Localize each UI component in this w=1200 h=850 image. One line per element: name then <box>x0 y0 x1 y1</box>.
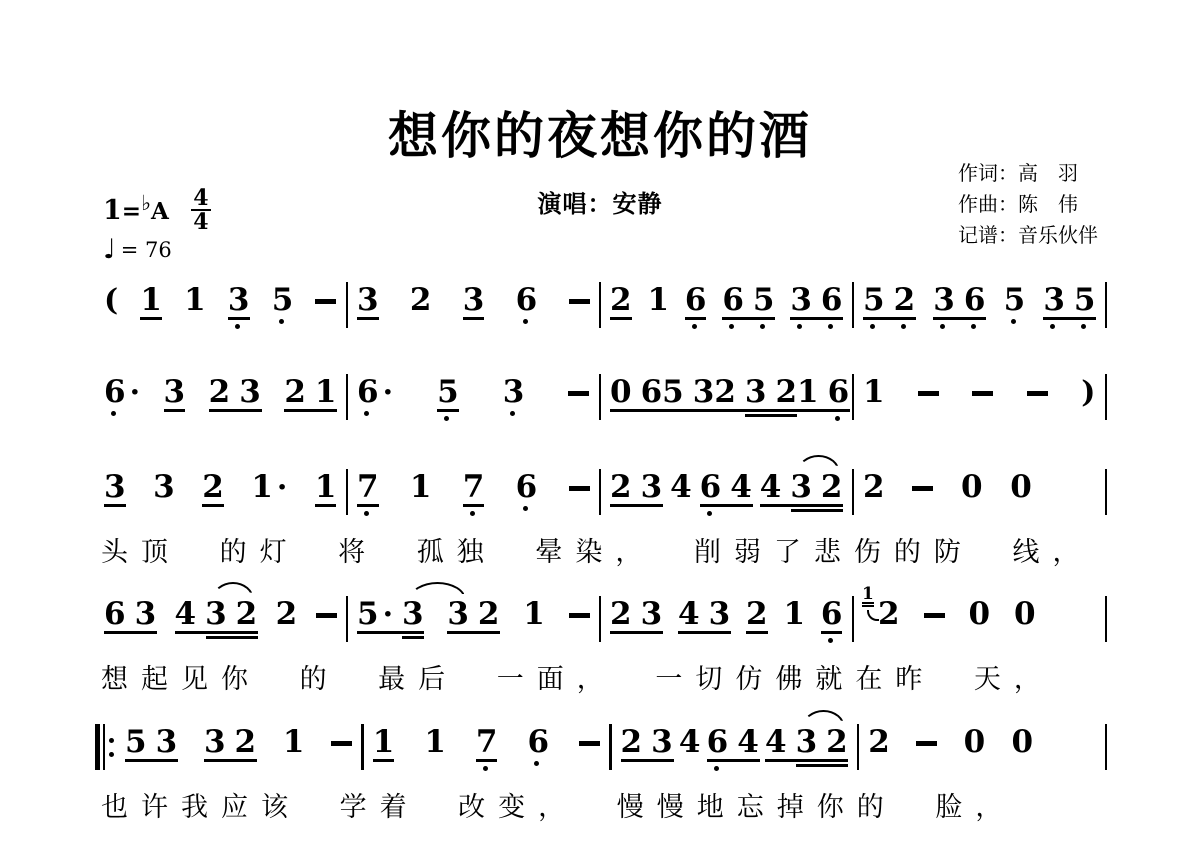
note-number: 6 <box>722 284 744 317</box>
grace-note-number: 1 <box>862 585 877 603</box>
duration-dash <box>972 391 993 396</box>
note: 2 <box>821 471 843 522</box>
beam <box>204 759 257 762</box>
beam <box>164 409 186 412</box>
note-number: 6 <box>700 471 722 504</box>
note: 6 <box>707 726 729 777</box>
note: 5 <box>863 284 885 335</box>
beam <box>621 759 674 762</box>
octave-dot <box>444 416 449 421</box>
note: 2 <box>610 598 632 649</box>
octave-dot <box>828 638 833 643</box>
note-number: 5 <box>863 284 885 317</box>
note: 6 <box>828 376 850 427</box>
beam <box>700 504 753 507</box>
note: 1 <box>863 376 885 427</box>
beam-group: 35 <box>1043 284 1095 335</box>
beam <box>206 636 258 639</box>
beam-group: 432 <box>765 726 848 777</box>
augmentation-dot: · <box>130 376 140 409</box>
spacer <box>1059 598 1095 599</box>
octave-dot <box>835 416 840 421</box>
measure: 5·3321 <box>348 598 599 649</box>
note-number: 3 <box>790 471 812 504</box>
note-number: 3 <box>205 598 227 631</box>
note-number: 4 <box>730 471 752 504</box>
beam-group: 53 <box>125 726 177 777</box>
note: 0 <box>968 598 990 649</box>
note-number: 5 <box>437 376 459 409</box>
note-number: 3 <box>228 284 250 317</box>
octave-dot <box>1081 324 1086 329</box>
note-number: 6 <box>828 376 850 409</box>
duration-dash <box>569 299 590 304</box>
note: 3 <box>228 284 250 335</box>
notes-row: 53321117623464432200 <box>95 726 1107 778</box>
beam-group: 23 <box>610 471 662 522</box>
note-number: 2 <box>621 726 643 759</box>
note: 3 <box>651 726 673 777</box>
octave-dot <box>364 411 369 416</box>
note: 3 <box>156 726 178 777</box>
duration-dash <box>579 741 600 746</box>
beam-group: 64 <box>707 726 759 777</box>
note-number: 2 <box>284 376 306 409</box>
octave-dot <box>707 511 712 516</box>
octave-dot <box>523 506 528 511</box>
duration-dash <box>1027 391 1048 396</box>
note: 2 <box>202 471 224 522</box>
note-number: 5 <box>1004 284 1026 317</box>
note: 6· <box>104 376 140 427</box>
note-number: 2 <box>235 726 257 759</box>
note-number: 5 <box>125 726 147 759</box>
octave-dot <box>470 511 475 516</box>
note-number: 1 <box>315 471 337 504</box>
note: 2 <box>478 598 500 649</box>
beam <box>791 509 843 512</box>
measure: 634322 <box>95 598 346 649</box>
note: 3 <box>933 284 955 335</box>
beam <box>610 504 663 507</box>
notes-row: 6·323216·530653232161) <box>95 376 1107 428</box>
octave-dot <box>279 319 284 324</box>
beam <box>209 409 262 412</box>
duration-dash <box>918 391 939 396</box>
augmentation-dot: · <box>277 471 287 504</box>
note-number: 5 <box>753 284 775 317</box>
note: 5 <box>437 376 459 427</box>
note-number: 1 <box>410 471 432 504</box>
note: 3 <box>357 284 379 335</box>
barline <box>1105 469 1108 515</box>
parenthesis: ) <box>1081 376 1095 409</box>
note-number: 3 <box>447 598 469 631</box>
note: 6 <box>641 376 663 427</box>
barline <box>1105 374 1108 420</box>
note-number: 3 <box>239 376 261 409</box>
note-number: 6 <box>516 284 538 317</box>
barline <box>1105 282 1108 328</box>
note-number: 4 <box>679 726 701 759</box>
spacer <box>1059 726 1095 727</box>
note: 3 <box>204 726 226 777</box>
measure: 2343216 <box>601 598 852 649</box>
beam <box>678 631 731 634</box>
beam <box>373 759 395 762</box>
note: 12 <box>878 598 900 649</box>
measure: 23464432 <box>612 726 857 777</box>
beam <box>125 759 178 762</box>
note-number: 4 <box>737 726 759 759</box>
thin-bar <box>103 724 105 770</box>
beam-group: 36 <box>790 284 842 335</box>
note: 5 <box>125 726 147 777</box>
repeat-dot <box>109 752 114 757</box>
note-number: 6 <box>707 726 729 759</box>
note-number: 1 <box>315 376 337 409</box>
note-number: 2 <box>775 376 797 409</box>
note-number: 5 <box>272 284 294 317</box>
beam <box>610 317 632 320</box>
beam-group: 16 <box>797 376 849 427</box>
note-number: 5 <box>357 598 379 631</box>
note: 3 <box>463 284 485 335</box>
note: 2 <box>276 598 298 649</box>
note-number: 3 <box>402 598 424 631</box>
note-number: 0 <box>1014 598 1036 631</box>
measure: 53321 <box>116 726 361 777</box>
note-number: 2 <box>478 598 500 631</box>
spacer <box>1059 471 1095 472</box>
note-number: 3 <box>204 726 226 759</box>
note: 2 <box>610 284 632 335</box>
score-line: (1135323621665365236535 <box>95 284 1107 336</box>
duration-dash <box>569 486 590 491</box>
note-number: 3 <box>641 471 663 504</box>
note-number: 2 <box>236 598 258 631</box>
octave-dot <box>760 324 765 329</box>
beam <box>357 504 379 507</box>
note: 6 <box>527 726 549 777</box>
duration-dash <box>569 613 590 618</box>
beam-group: 432 <box>175 598 258 649</box>
beam-group: 36 <box>933 284 985 335</box>
note: 3 <box>503 376 525 427</box>
note: 2 <box>894 284 916 335</box>
note-number: 1 <box>863 376 885 409</box>
beam <box>745 414 797 417</box>
augmentation-dot: · <box>383 598 393 631</box>
note: 1 <box>373 726 395 777</box>
lyric-line: 头顶 的灯 将 孤独 晕染， 削弱了悲伤的防 线， <box>95 530 1107 569</box>
measure: 065323216 <box>601 376 852 427</box>
note-number: 1 <box>373 726 395 759</box>
lyric-line: 想起见你 的 最后 一面， 一切仿佛就在昨 天， <box>95 657 1107 696</box>
beam <box>437 409 459 412</box>
beam <box>402 636 424 639</box>
octave-dot <box>901 324 906 329</box>
note: 3 <box>447 598 469 649</box>
note: 0 <box>610 376 632 427</box>
note: 4 <box>679 726 701 777</box>
duration-dash <box>912 486 933 491</box>
measure: 1200 <box>854 598 1105 649</box>
note: 3 <box>796 726 818 777</box>
beam <box>140 317 162 320</box>
note-number: 4 <box>760 471 782 504</box>
duration-dash <box>916 741 937 746</box>
beam <box>463 504 485 507</box>
note-number: 2 <box>610 284 632 317</box>
measure: 23464432 <box>601 471 852 522</box>
beam <box>610 631 663 634</box>
note: 3 <box>239 376 261 427</box>
note: 0 <box>1012 726 1034 777</box>
note: 3 <box>1043 284 1065 335</box>
octave-dot <box>828 324 833 329</box>
note-number: 5 <box>1074 284 1096 317</box>
note-number: 1 <box>424 726 446 759</box>
note-number: 6 <box>685 284 707 317</box>
note-number: 3 <box>933 284 955 317</box>
beam-group: 5·3 <box>357 598 424 649</box>
beam-group: 23 <box>621 726 673 777</box>
note-number: 1 <box>251 471 273 504</box>
note: 3 <box>745 376 767 427</box>
beam-group: 432 <box>760 471 843 522</box>
note: 6 <box>722 284 744 335</box>
duration-dash <box>316 613 337 618</box>
repeat-dot <box>109 738 114 743</box>
note: 1 <box>410 471 432 522</box>
beam <box>662 409 715 412</box>
octave-dot <box>1011 319 1016 324</box>
beam-group: 23 <box>209 376 261 427</box>
note-number: 2 <box>209 376 231 409</box>
beam <box>228 317 250 320</box>
measure: 1) <box>854 376 1105 427</box>
beam <box>863 317 916 320</box>
measure: 3321·1 <box>95 471 346 522</box>
note: 5 <box>753 284 775 335</box>
note: 2 <box>284 376 306 427</box>
note: 1 <box>140 284 162 335</box>
note-number: 3 <box>796 726 818 759</box>
note: 1 <box>523 598 545 649</box>
note-number: 3 <box>651 726 673 759</box>
note-number: 6 <box>357 376 379 409</box>
beam-group: 06 <box>610 376 662 427</box>
note-number: 6 <box>821 284 843 317</box>
octave-dot <box>534 761 539 766</box>
note: 5 <box>1074 284 1096 335</box>
repeat-begin-barline <box>95 724 114 770</box>
beam-group: 43 <box>678 598 730 649</box>
beam <box>746 631 768 634</box>
note-number: 3 <box>156 726 178 759</box>
note-number: 1 <box>783 598 805 631</box>
note: 7 <box>476 726 498 777</box>
beam <box>933 317 986 320</box>
slur <box>797 455 840 473</box>
octave-dot <box>1050 324 1055 329</box>
note: 1 <box>647 284 669 335</box>
beam <box>175 631 258 634</box>
grace-note: 1 <box>862 585 877 603</box>
note: 3 <box>709 598 731 649</box>
note-number: 3 <box>503 376 525 409</box>
note: 2 <box>209 376 231 427</box>
beam <box>821 631 843 634</box>
note-number: 6 <box>964 284 986 317</box>
note: 6 <box>516 471 538 522</box>
note-number: 0 <box>964 726 986 759</box>
note: 0 <box>1014 598 1036 649</box>
beam-group: 64 <box>700 471 752 522</box>
beam-group: 23 <box>610 598 662 649</box>
slur <box>212 582 255 600</box>
parenthesis: ( <box>104 284 118 317</box>
measure: 1176 <box>364 726 609 777</box>
note-number: 2 <box>410 284 432 317</box>
octave-dot <box>870 324 875 329</box>
note-number: 2 <box>276 598 298 631</box>
score-line: 6·323216·530653232161) <box>95 376 1107 428</box>
measure: 3236 <box>348 284 599 335</box>
note: 3 <box>135 598 157 649</box>
octave-dot <box>797 324 802 329</box>
beam <box>357 317 379 320</box>
note: 4 <box>737 726 759 777</box>
notes-row: 6343225·332123432161200 <box>95 598 1107 650</box>
note-number: 3 <box>1043 284 1065 317</box>
octave-dot <box>714 766 719 771</box>
beam-group: 32 <box>447 598 499 649</box>
note: 0 <box>1010 471 1032 522</box>
beam <box>284 409 337 412</box>
note-number: 6 <box>516 471 538 504</box>
duration-dash <box>331 741 352 746</box>
note: 1 <box>424 726 446 777</box>
note-number: 1 <box>647 284 669 317</box>
note: 2 <box>236 598 258 649</box>
note: 2 <box>410 284 432 335</box>
score: (11353236216653652365356·323216·53065323… <box>95 0 1107 850</box>
octave-dot <box>235 324 240 329</box>
note-number: 2 <box>202 471 224 504</box>
measure: 200 <box>859 726 1104 777</box>
beam <box>476 759 498 762</box>
slur <box>409 582 466 600</box>
beam-group: 63 <box>104 598 156 649</box>
beam <box>760 504 843 507</box>
beam <box>796 764 848 767</box>
note-number: 3 <box>790 284 812 317</box>
note: 4 <box>760 471 782 522</box>
note-number: 5 <box>662 376 684 409</box>
note: 3 <box>641 598 663 649</box>
note: 6 <box>104 598 126 649</box>
note: 1 <box>783 598 805 649</box>
note: 6 <box>516 284 538 335</box>
beam <box>722 317 775 320</box>
beam <box>202 504 224 507</box>
beam-group: 65 <box>722 284 774 335</box>
note: 6· <box>357 376 393 427</box>
note-number: 0 <box>1010 471 1032 504</box>
note: 4 <box>670 471 692 522</box>
note: 3 <box>164 376 186 427</box>
measure: 2166536 <box>601 284 852 335</box>
note-number: 7 <box>463 471 485 504</box>
lyric-line: 也许我应该 学着 改变， 慢慢地忘掉你的 脸， <box>95 785 1107 824</box>
note-number: 3 <box>693 376 715 409</box>
note: 6 <box>821 284 843 335</box>
note: 7 <box>463 471 485 522</box>
beam <box>447 631 500 634</box>
notes-row: (1135323621665365236535 <box>95 284 1107 336</box>
score-line: 6343225·332123432161200想起见你 的 最后 一面， 一切仿… <box>95 598 1107 696</box>
thick-bar <box>95 724 100 770</box>
note: 6 <box>821 598 843 649</box>
note: 3 <box>104 471 126 522</box>
barline <box>1105 596 1108 642</box>
note-number: 0 <box>610 376 632 409</box>
note: 2 <box>826 726 848 777</box>
note-number: 1 <box>283 726 305 759</box>
note-number: 3 <box>745 376 767 409</box>
note-number: 6 <box>527 726 549 759</box>
beam <box>610 409 663 412</box>
note-number: 2 <box>878 598 900 631</box>
note-number: 0 <box>1012 726 1034 759</box>
note-number: 3 <box>641 598 663 631</box>
augmentation-dot: · <box>383 376 393 409</box>
beam-group: 52 <box>863 284 915 335</box>
note: 3 <box>790 471 812 522</box>
note-number: 2 <box>868 726 890 759</box>
octave-dot <box>111 411 116 416</box>
note-number: 2 <box>821 471 843 504</box>
notes-row: 3321·1717623464432200 <box>95 471 1107 523</box>
note: 4 <box>175 598 197 649</box>
note-number: 3 <box>164 376 186 409</box>
note: 2 <box>621 726 643 777</box>
barline <box>1105 724 1108 770</box>
note: 2 <box>775 376 797 427</box>
beam <box>463 317 485 320</box>
note: 6 <box>700 471 722 522</box>
note: 7 <box>357 471 379 522</box>
note-number: 4 <box>678 598 700 631</box>
beam-group: 53 <box>662 376 714 427</box>
grace-beam <box>862 605 874 607</box>
note: 3 <box>641 471 663 522</box>
score-line: 53321117623464432200也许我应该 学着 改变， 慢慢地忘掉你的… <box>95 726 1107 824</box>
note: 1 <box>184 284 206 335</box>
beam-group: 21 <box>284 376 336 427</box>
note-number: 2 <box>863 471 885 504</box>
measure: (1135 <box>95 284 346 335</box>
measure: 6·53 <box>348 376 599 427</box>
note-number: 2 <box>610 598 632 631</box>
note: 2 <box>714 376 736 427</box>
duration-dash <box>924 613 945 618</box>
note: 5 <box>662 376 684 427</box>
note: 5· <box>357 598 393 649</box>
note: 6 <box>964 284 986 335</box>
